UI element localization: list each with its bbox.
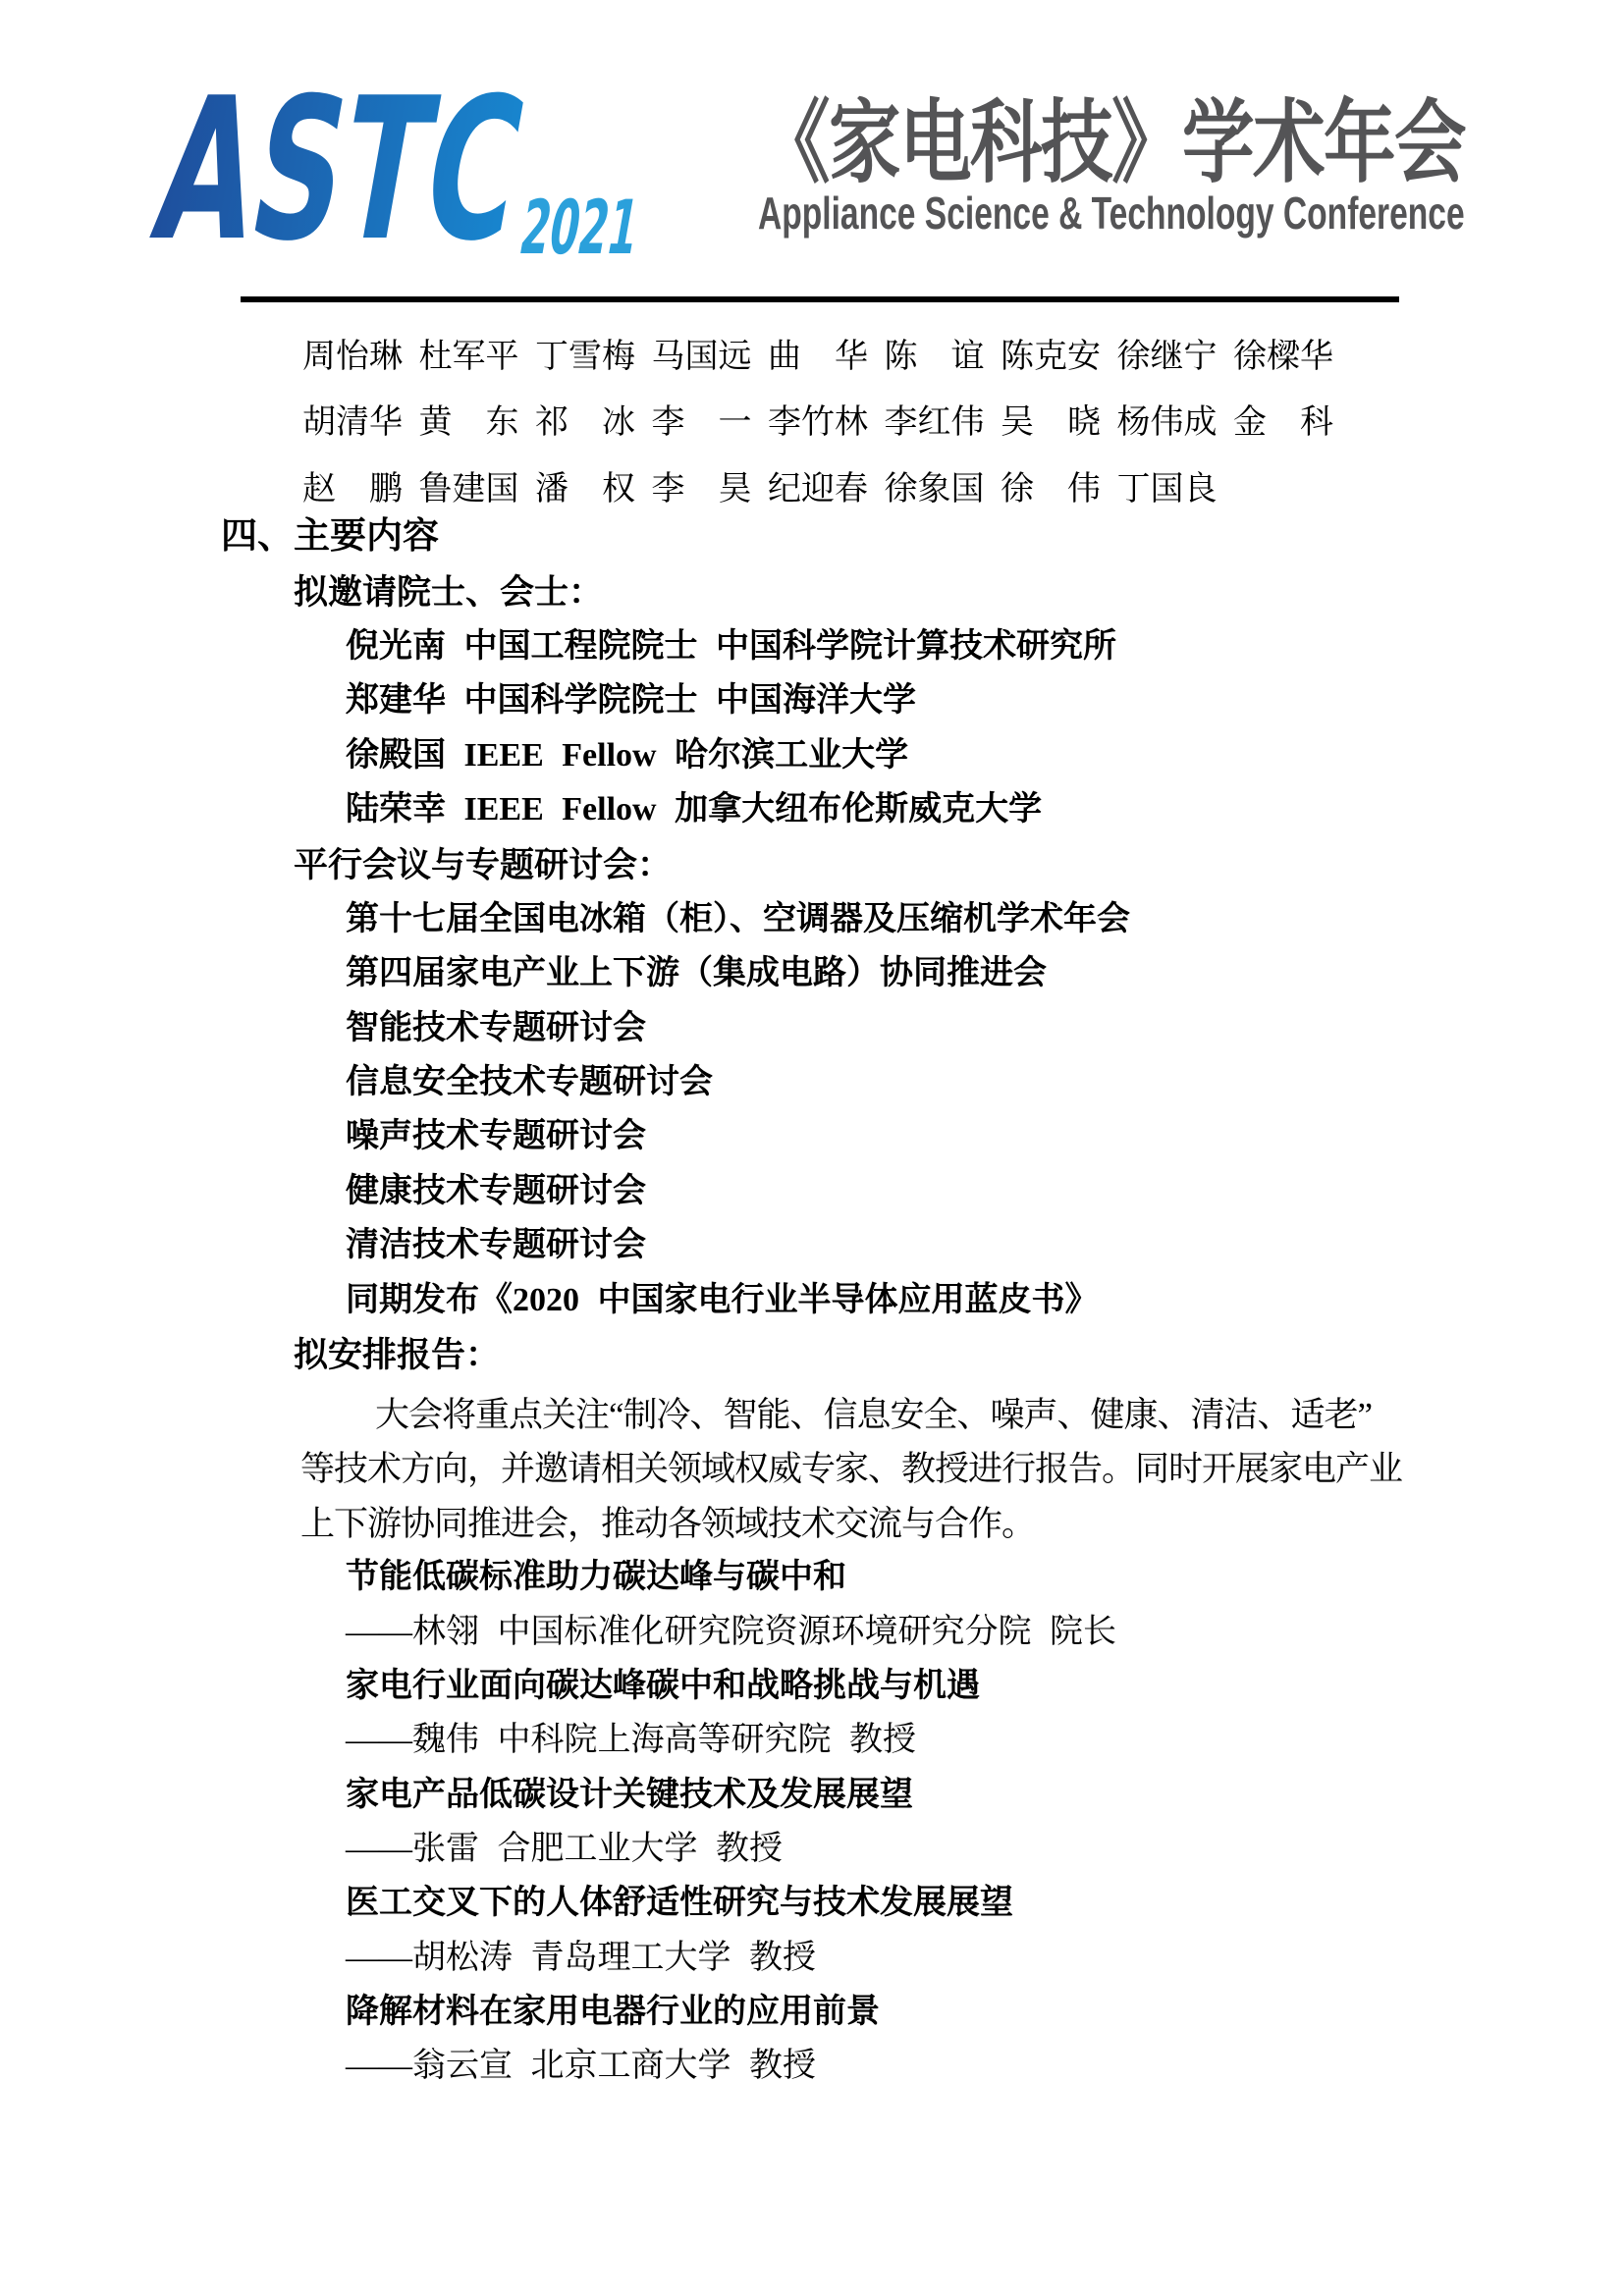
invited-item: 郑建华 中国科学院院士 中国海洋大学 (346, 684, 916, 718)
committee-names-row: 周怡琳 杜军平 丁雪梅 马国远 曲 华 陈 谊 陈克安 徐继宁 徐樑华 (302, 341, 1333, 374)
invited-item: 倪光南 中国工程院院士 中国科学院计算技术研究所 (346, 630, 1116, 664)
section-heading: 四、主要内容 (221, 518, 439, 555)
report-speaker: ——张雷 合肥工业大学 教授 (346, 1833, 783, 1866)
header-divider (241, 296, 1399, 302)
reports-heading: 拟安排报告： (294, 1338, 500, 1372)
invited-item: 徐殿国 IEEE Fellow 哈尔滨工业大学 (346, 739, 908, 773)
invited-item: 陆荣幸 IEEE Fellow 加拿大纽布伦斯威克大学 (346, 793, 1042, 827)
astc-logo: ASTC 2021 (145, 90, 656, 267)
conference-title-en: Appliance Science & Technology Conferenc… (758, 190, 1465, 236)
parallel-item: 噪声技术专题研讨会 (346, 1120, 646, 1153)
report-title: 医工交叉下的人体舒适性研究与技术发展展望 (346, 1887, 1013, 1920)
document-page: ASTC 2021 《家电科技》学术年会 Appliance Science &… (0, 0, 1624, 2296)
invited-heading: 拟邀请院士、会士： (294, 575, 603, 610)
logo-text: ASTC (145, 90, 539, 267)
parallel-item: 智能技术专题研讨会 (346, 1012, 646, 1045)
report-title: 家电产品低碳设计关键技术及发展展望 (346, 1779, 913, 1812)
report-title: 节能低碳标准助力碳达峰与碳中和 (346, 1561, 846, 1594)
reports-intro-line: 等技术方向，并邀请相关领域权威专家、教授进行报告。同时开展家电产业 (300, 1452, 1402, 1486)
parallel-item: 第四届家电产业上下游（集成电路）协同推进会 (346, 957, 1047, 990)
report-title: 降解材料在家用电器行业的应用前景 (346, 1996, 880, 2029)
parallel-item: 同期发布《2020 中国家电行业半导体应用蓝皮书》 (346, 1284, 1099, 1317)
committee-names-row: 赵 鹏 鲁建国 潘 权 李 昊 纪迎春 徐象国 徐 伟 丁国良 (302, 473, 1218, 507)
parallel-heading: 平行会议与专题研讨会： (294, 848, 672, 882)
report-speaker: ——胡松涛 青岛理工大学 教授 (346, 1942, 816, 1975)
committee-names-row: 胡清华 黄 东 祁 冰 李 一 李竹林 李红伟 吴 晓 杨伟成 金 科 (302, 406, 1333, 440)
report-speaker: ——魏伟 中科院上海高等研究院 教授 (346, 1724, 916, 1757)
parallel-item: 健康技术专题研讨会 (346, 1175, 646, 1208)
report-title: 家电行业面向碳达峰碳中和战略挑战与机遇 (346, 1670, 980, 1703)
conference-title-cn: 《家电科技》学术年会 (758, 98, 1465, 188)
report-speaker: ——翁云宣 北京工商大学 教授 (346, 2050, 816, 2083)
logo-year: 2021 (514, 186, 645, 267)
reports-intro-line: 大会将重点关注“制冷、智能、信息安全、噪声、健康、清洁、适老” (375, 1398, 1372, 1432)
report-speaker: ——林翎 中国标准化研究院资源环境研究分院 院长 (346, 1616, 1116, 1649)
parallel-item: 清洁技术专题研讨会 (346, 1229, 646, 1262)
parallel-item: 第十七届全国电冰箱（柜）、空调器及压缩机学术年会 (346, 903, 1130, 936)
reports-intro-line: 上下游协同推进会，推动各领域技术交流与合作。 (300, 1507, 1035, 1541)
parallel-item: 信息安全技术专题研讨会 (346, 1066, 713, 1099)
